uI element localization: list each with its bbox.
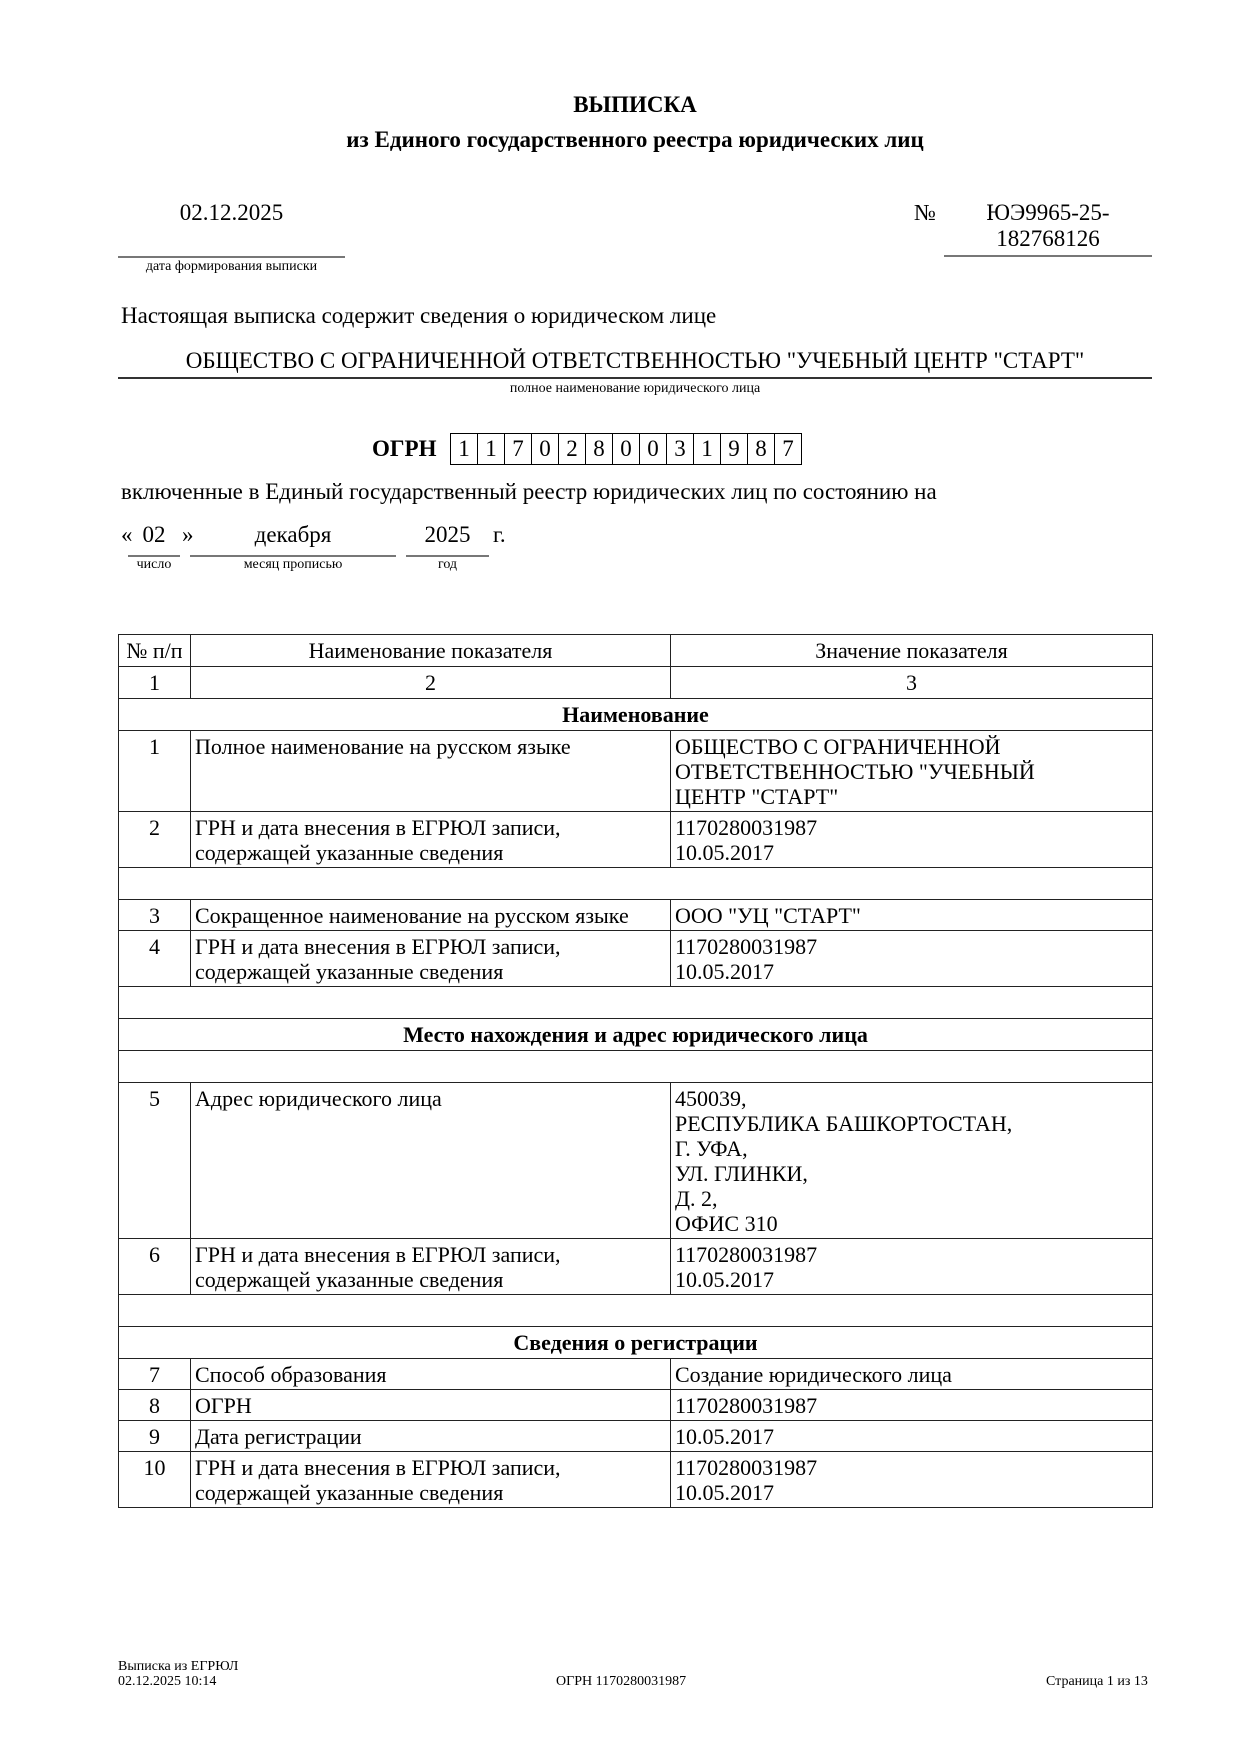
indicator-value: ОБЩЕСТВО С ОГРАНИЧЕННОЙ ОТВЕТСТВЕННОСТЬЮ… [671, 731, 1153, 812]
extract-number: ЮЭ9965-25- 182768126 [944, 200, 1152, 252]
ogrn-digit-box: 0 [639, 433, 667, 465]
indicator-value: 450039, РЕСПУБЛИКА БАШКОРТОСТАН, Г. УФА,… [671, 1083, 1153, 1239]
ogrn-digit-box: 1 [693, 433, 721, 465]
indicator-name: Сокращенное наименование на русском язык… [191, 900, 671, 931]
ogrn-digit-box: 9 [720, 433, 748, 465]
indicator-name: Способ образования [191, 1359, 671, 1390]
indicator-name: Дата регистрации [191, 1421, 671, 1452]
full-name-underline [118, 377, 1152, 379]
section-title: Наименование [119, 699, 1153, 731]
day-caption: число [128, 557, 180, 573]
row-number: 10 [119, 1452, 191, 1508]
table-row: 3Сокращенное наименование на русском язы… [119, 900, 1153, 931]
egrul-table: № п/п Наименование показателя Значение п… [118, 634, 1153, 1508]
indicator-value: 1170280031987 10.05.2017 [671, 931, 1153, 987]
spacer-cell [119, 987, 1153, 1019]
spacer-row [119, 868, 1153, 900]
row-number: 2 [119, 812, 191, 868]
row-number: 9 [119, 1421, 191, 1452]
section-header-row: Наименование [119, 699, 1153, 731]
indicator-value: 1170280031987 [671, 1390, 1153, 1421]
ogrn-digit-box: 8 [585, 433, 613, 465]
number-underline [944, 255, 1152, 257]
ogrn-digit-box: 1 [477, 433, 505, 465]
table-row: 10ГРН и дата внесения в ЕГРЮЛ записи, со… [119, 1452, 1153, 1508]
spacer-cell [119, 868, 1153, 900]
indicator-name: ОГРН [191, 1390, 671, 1421]
table-row: 8ОГРН1170280031987 [119, 1390, 1153, 1421]
entity-intro: Настоящая выписка содержит сведения о юр… [121, 303, 716, 329]
column-number-3: 3 [671, 667, 1153, 699]
row-number: 3 [119, 900, 191, 931]
footer-timestamp: 02.12.2025 10:14 [118, 1674, 238, 1689]
table-row: 7Способ образованияСоздание юридического… [119, 1359, 1153, 1390]
spacer-row [119, 1051, 1153, 1083]
section-header-row: Место нахождения и адрес юридического ли… [119, 1019, 1153, 1051]
as-of-month: декабря [190, 522, 396, 548]
footer-left: Выписка из ЕГРЮЛ 02.12.2025 10:14 [118, 1659, 238, 1689]
table-row: 1Полное наименование на русском языкеОБЩ… [119, 731, 1153, 812]
section-title: Место нахождения и адрес юридического ли… [119, 1019, 1153, 1051]
indicator-name: Адрес юридического лица [191, 1083, 671, 1239]
table-row: 6ГРН и дата внесения в ЕГРЮЛ записи, сод… [119, 1239, 1153, 1295]
row-number: 1 [119, 731, 191, 812]
column-number-row: 1 2 3 [119, 667, 1153, 699]
spacer-row [119, 1295, 1153, 1327]
entity-full-name-caption: полное наименование юридического лица [118, 381, 1152, 397]
extract-date-caption: дата формирования выписки [118, 259, 345, 275]
ogrn-digit-box: 0 [612, 433, 640, 465]
indicator-name: ГРН и дата внесения в ЕГРЮЛ записи, соде… [191, 812, 671, 868]
spacer-row [119, 987, 1153, 1019]
indicator-name: ГРН и дата внесения в ЕГРЮЛ записи, соде… [191, 931, 671, 987]
ogrn-digit-box: 7 [774, 433, 802, 465]
ogrn-digit-box: 2 [558, 433, 586, 465]
table-row: 9Дата регистрации10.05.2017 [119, 1421, 1153, 1452]
row-number: 6 [119, 1239, 191, 1295]
extract-date: 02.12.2025 [118, 200, 345, 226]
as-of-year: 2025 [406, 522, 489, 548]
ogrn-digit-box: 7 [504, 433, 532, 465]
indicator-value: 10.05.2017 [671, 1421, 1153, 1452]
column-number-2: 2 [191, 667, 671, 699]
footer-page-number: Страница 1 из 13 [1046, 1674, 1148, 1689]
ogrn-digit-box: 8 [747, 433, 775, 465]
year-caption: год [406, 557, 489, 573]
row-number: 7 [119, 1359, 191, 1390]
row-number: 5 [119, 1083, 191, 1239]
section-title: Сведения о регистрации [119, 1327, 1153, 1359]
table-header-row: № п/п Наименование показателя Значение п… [119, 635, 1153, 667]
entity-full-name: ОБЩЕСТВО С ОГРАНИЧЕННОЙ ОТВЕТСТВЕННОСТЬЮ… [118, 348, 1152, 374]
indicator-name: Полное наименование на русском языке [191, 731, 671, 812]
included-text: включенные в Единый государственный реес… [121, 479, 937, 505]
section-header-row: Сведения о регистрации [119, 1327, 1153, 1359]
number-sign: № [914, 200, 936, 226]
table-row: 2ГРН и дата внесения в ЕГРЮЛ записи, сод… [119, 812, 1153, 868]
column-header-number: № п/п [119, 635, 191, 667]
table-row: 5Адрес юридического лица450039, РЕСПУБЛИ… [119, 1083, 1153, 1239]
document-title: ВЫПИСКА [0, 92, 1240, 118]
spacer-cell [119, 1051, 1153, 1083]
year-suffix: г. [493, 522, 506, 548]
indicator-name: ГРН и дата внесения в ЕГРЮЛ записи, соде… [191, 1239, 671, 1295]
ogrn-digit-box: 3 [666, 433, 694, 465]
date-underline [118, 256, 345, 258]
ogrn-digit-box: 0 [531, 433, 559, 465]
indicator-value: Создание юридического лица [671, 1359, 1153, 1390]
ogrn-digit-boxes: 1170280031987 [451, 433, 802, 465]
as-of-day: 02 [128, 522, 180, 548]
footer-doc-name: Выписка из ЕГРЮЛ [118, 1659, 238, 1674]
table-row: 4ГРН и дата внесения в ЕГРЮЛ записи, сод… [119, 931, 1153, 987]
indicator-value: 1170280031987 10.05.2017 [671, 812, 1153, 868]
indicator-value: 1170280031987 10.05.2017 [671, 1239, 1153, 1295]
column-header-value: Значение показателя [671, 635, 1153, 667]
spacer-cell [119, 1295, 1153, 1327]
footer-ogrn: ОГРН 1170280031987 [556, 1674, 686, 1689]
indicator-value: 1170280031987 10.05.2017 [671, 1452, 1153, 1508]
ogrn-label: ОГРН [372, 436, 436, 462]
row-number: 4 [119, 931, 191, 987]
document-subtitle: из Единого государственного реестра юрид… [0, 127, 1240, 153]
indicator-name: ГРН и дата внесения в ЕГРЮЛ записи, соде… [191, 1452, 671, 1508]
indicator-value: ООО "УЦ "СТАРТ" [671, 900, 1153, 931]
month-caption: месяц прописью [190, 557, 396, 573]
row-number: 8 [119, 1390, 191, 1421]
column-header-indicator: Наименование показателя [191, 635, 671, 667]
ogrn-digit-box: 1 [450, 433, 478, 465]
column-number-1: 1 [119, 667, 191, 699]
